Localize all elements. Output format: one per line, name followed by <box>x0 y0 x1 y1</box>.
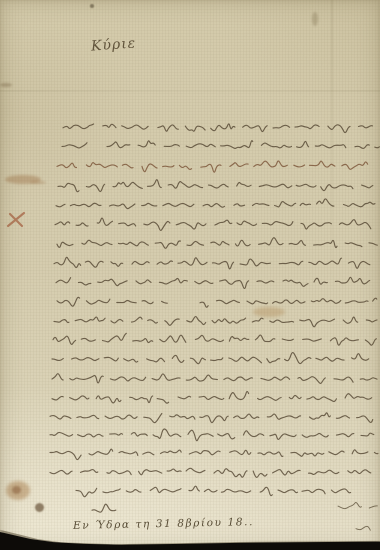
handwriting-ink-layer <box>0 0 380 550</box>
scanned-letter-page: Κύριε Εν Ύδρα τη 31 8βρίου 18.. <box>0 0 380 550</box>
scan-grain-overlay <box>0 0 380 550</box>
salutation: Κύριε <box>90 35 136 54</box>
